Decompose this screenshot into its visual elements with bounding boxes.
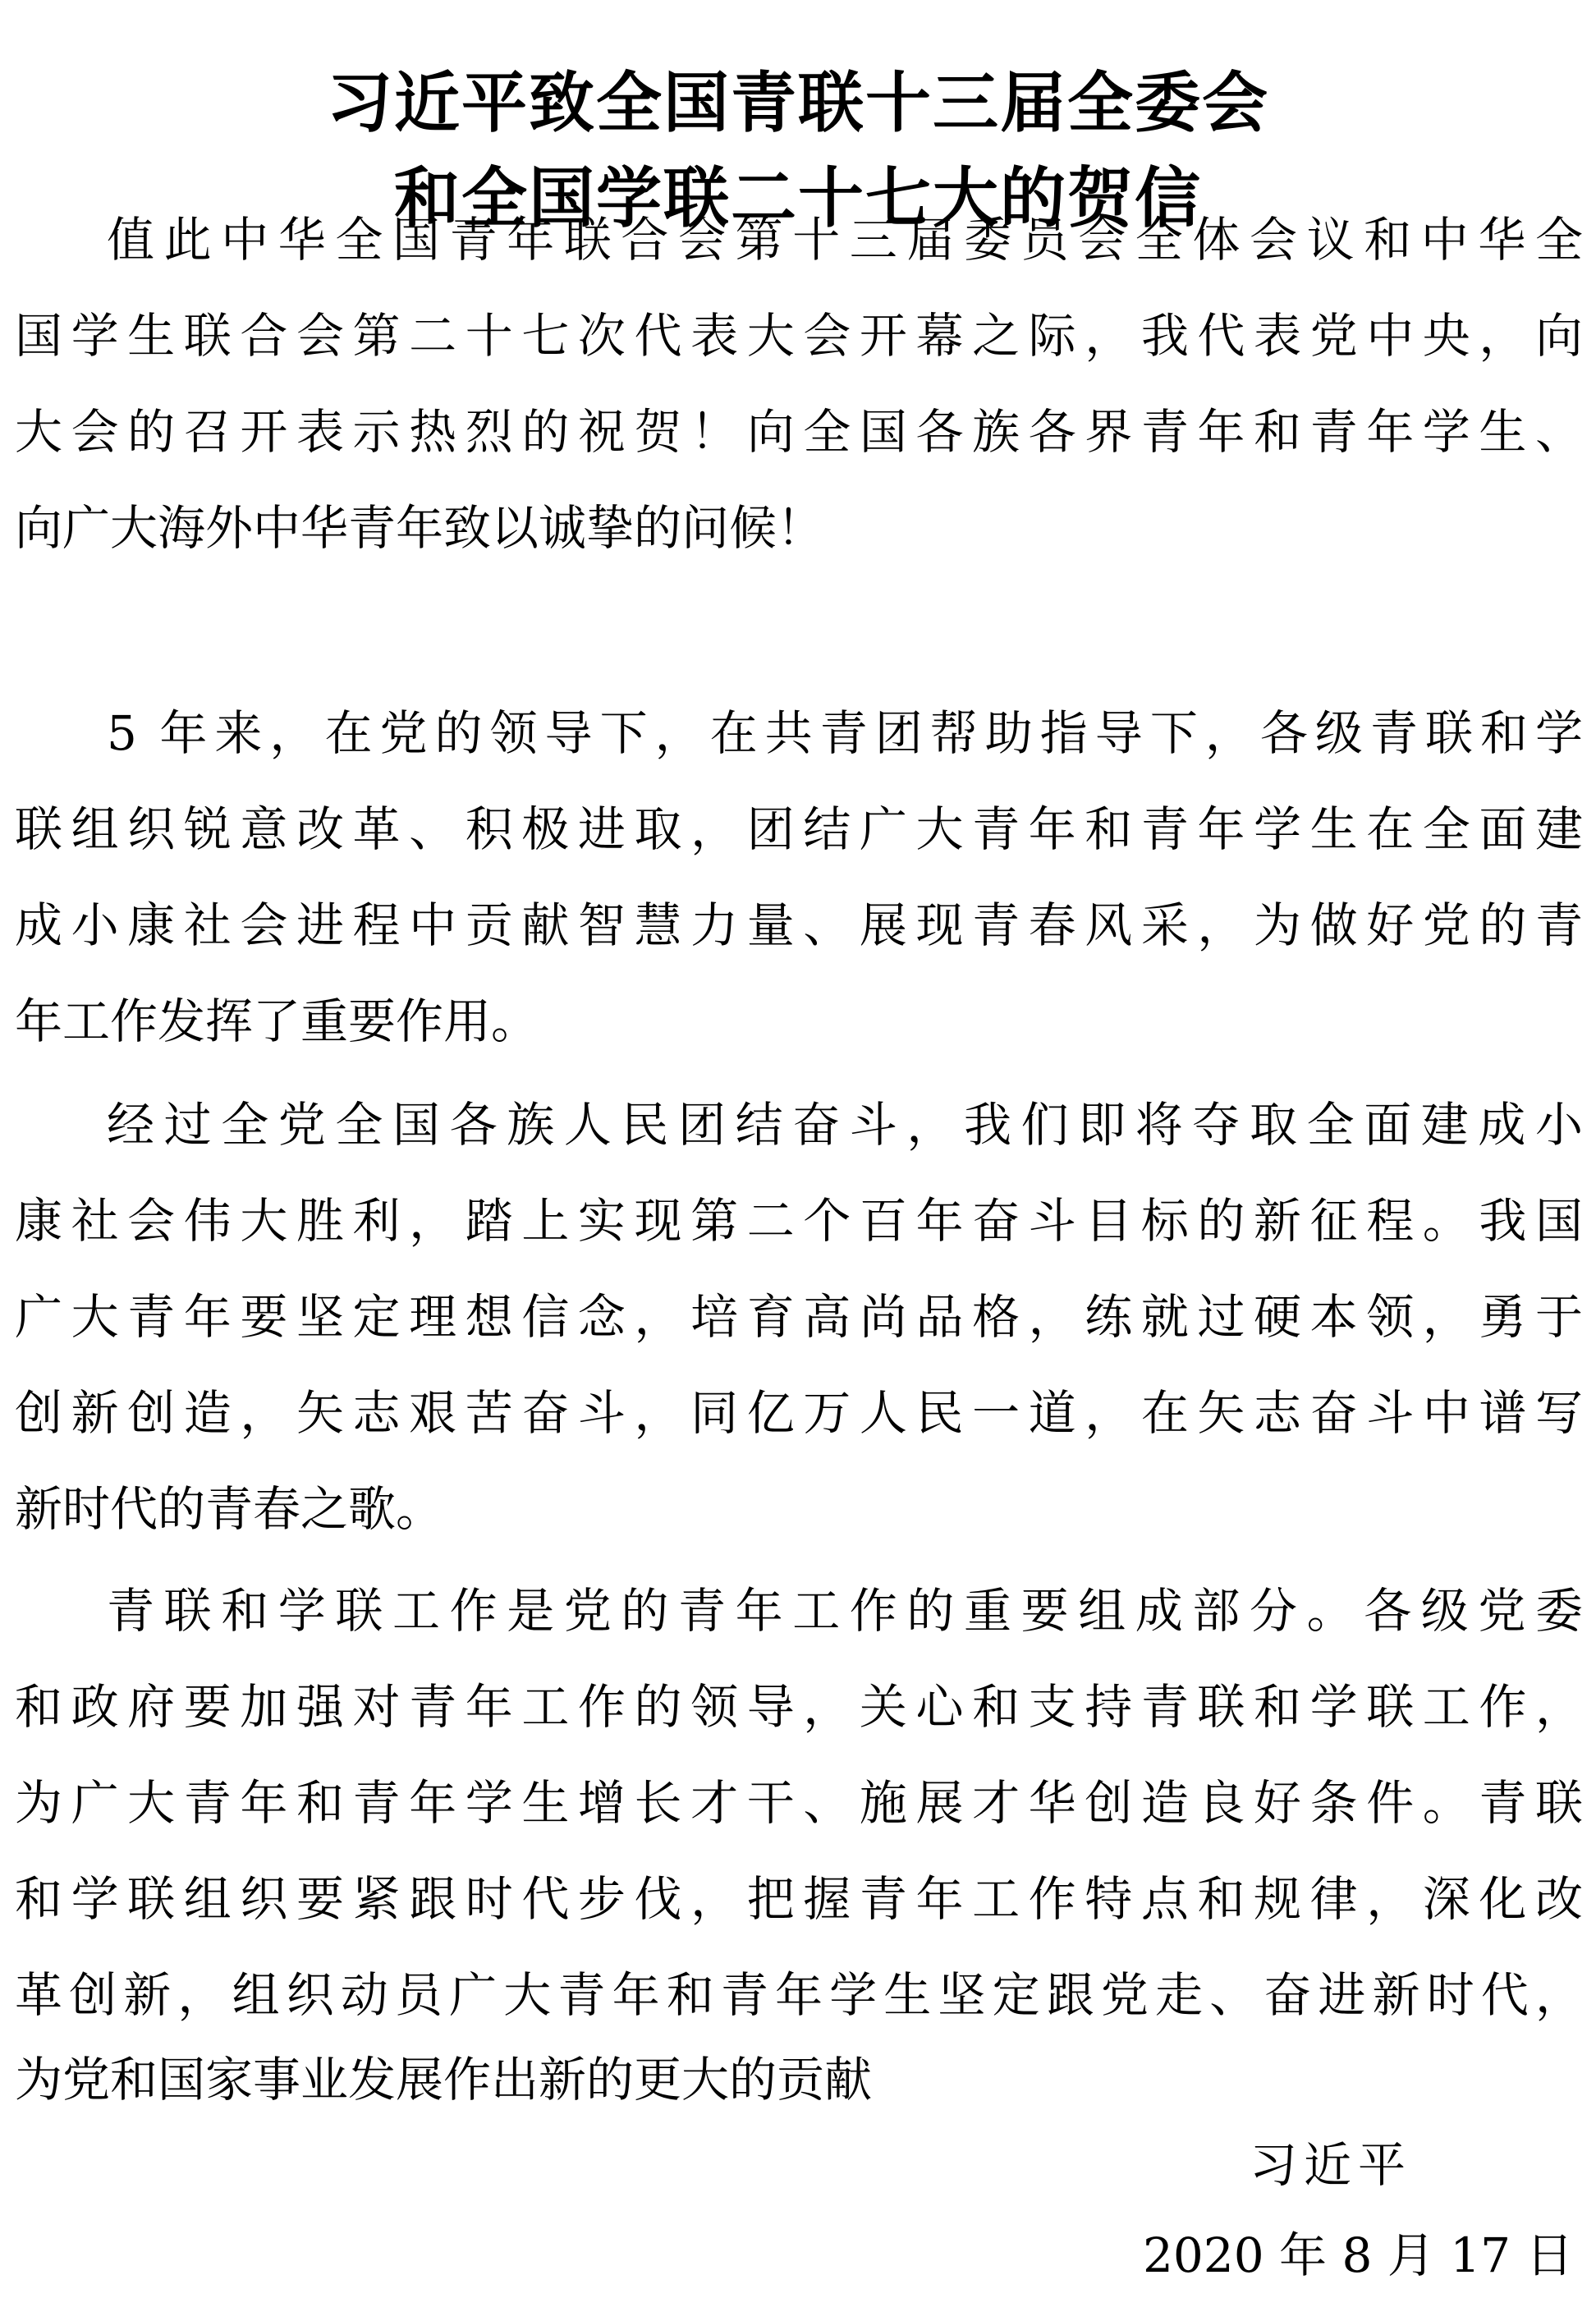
paragraph-line: 青联和学联工作是党的青年工作的重要组成部分。各级党委 xyxy=(107,1578,1583,1644)
paragraph-line: 康社会伟大胜利，踏上实现第二个百年奋斗目标的新征程。我国 xyxy=(15,1188,1583,1254)
paragraph-line: 5 年来，在党的领导下，在共青团帮助指导下，各级青联和学 xyxy=(107,700,1583,766)
paragraph-line: 值此中华全国青年联合会第十三届委员会全体会议和中华全 xyxy=(107,207,1583,273)
paragraph-line: 联组织锐意改革、积极进取，团结广大青年和青年学生在全面建 xyxy=(15,796,1583,862)
paragraph-line: 和政府要加强对青年工作的领导，关心和支持青联和学联工作， xyxy=(15,1674,1583,1740)
signature-name: 习近平 xyxy=(1250,2132,1412,2198)
paragraph-line: 新时代的青春之歌。 xyxy=(15,1476,1583,1542)
paragraph-line: 广大青年要坚定理想信念，培育高尚品格，练就过硬本领，勇于 xyxy=(15,1284,1583,1350)
paragraph-line: 大会的召开表示热烈的祝贺！向全国各族各界青年和青年学生、 xyxy=(15,399,1583,465)
paragraph-line: 国学生联合会第二十七次代表大会开幕之际，我代表党中央，向 xyxy=(15,303,1583,369)
paragraph-line: 和学联组织要紧跟时代步伐，把握青年工作特点和规律，深化改 xyxy=(15,1866,1583,1932)
paragraph-line: 革创新，组织动员广大青年和青年学生坚定跟党走、奋进新时代， xyxy=(15,1962,1583,2028)
paragraph-line: 成小康社会进程中贡献智慧力量、展现青春风采，为做好党的青 xyxy=(15,892,1583,958)
document-title-line-1: 习近平致全国青联十三届全委会 xyxy=(0,62,1596,144)
paragraph-line: 向广大海外中华青年致以诚挚的问候！ xyxy=(15,495,1583,561)
signature-date: 2020 年 8 月 17 日 xyxy=(1143,2222,1574,2288)
paragraph-line: 年工作发挥了重要作用。 xyxy=(15,988,1583,1054)
paragraph-line: 为党和国家事业发展作出新的更大的贡献 xyxy=(15,2047,1583,2112)
paragraph-line: 经过全党全国各族人民团结奋斗，我们即将夺取全面建成小 xyxy=(107,1092,1583,1158)
paragraph-line: 为广大青年和青年学生增长才干、施展才华创造良好条件。青联 xyxy=(15,1770,1583,1836)
paragraph-line: 创新创造，矢志艰苦奋斗，同亿万人民一道，在矢志奋斗中谱写 xyxy=(15,1380,1583,1446)
